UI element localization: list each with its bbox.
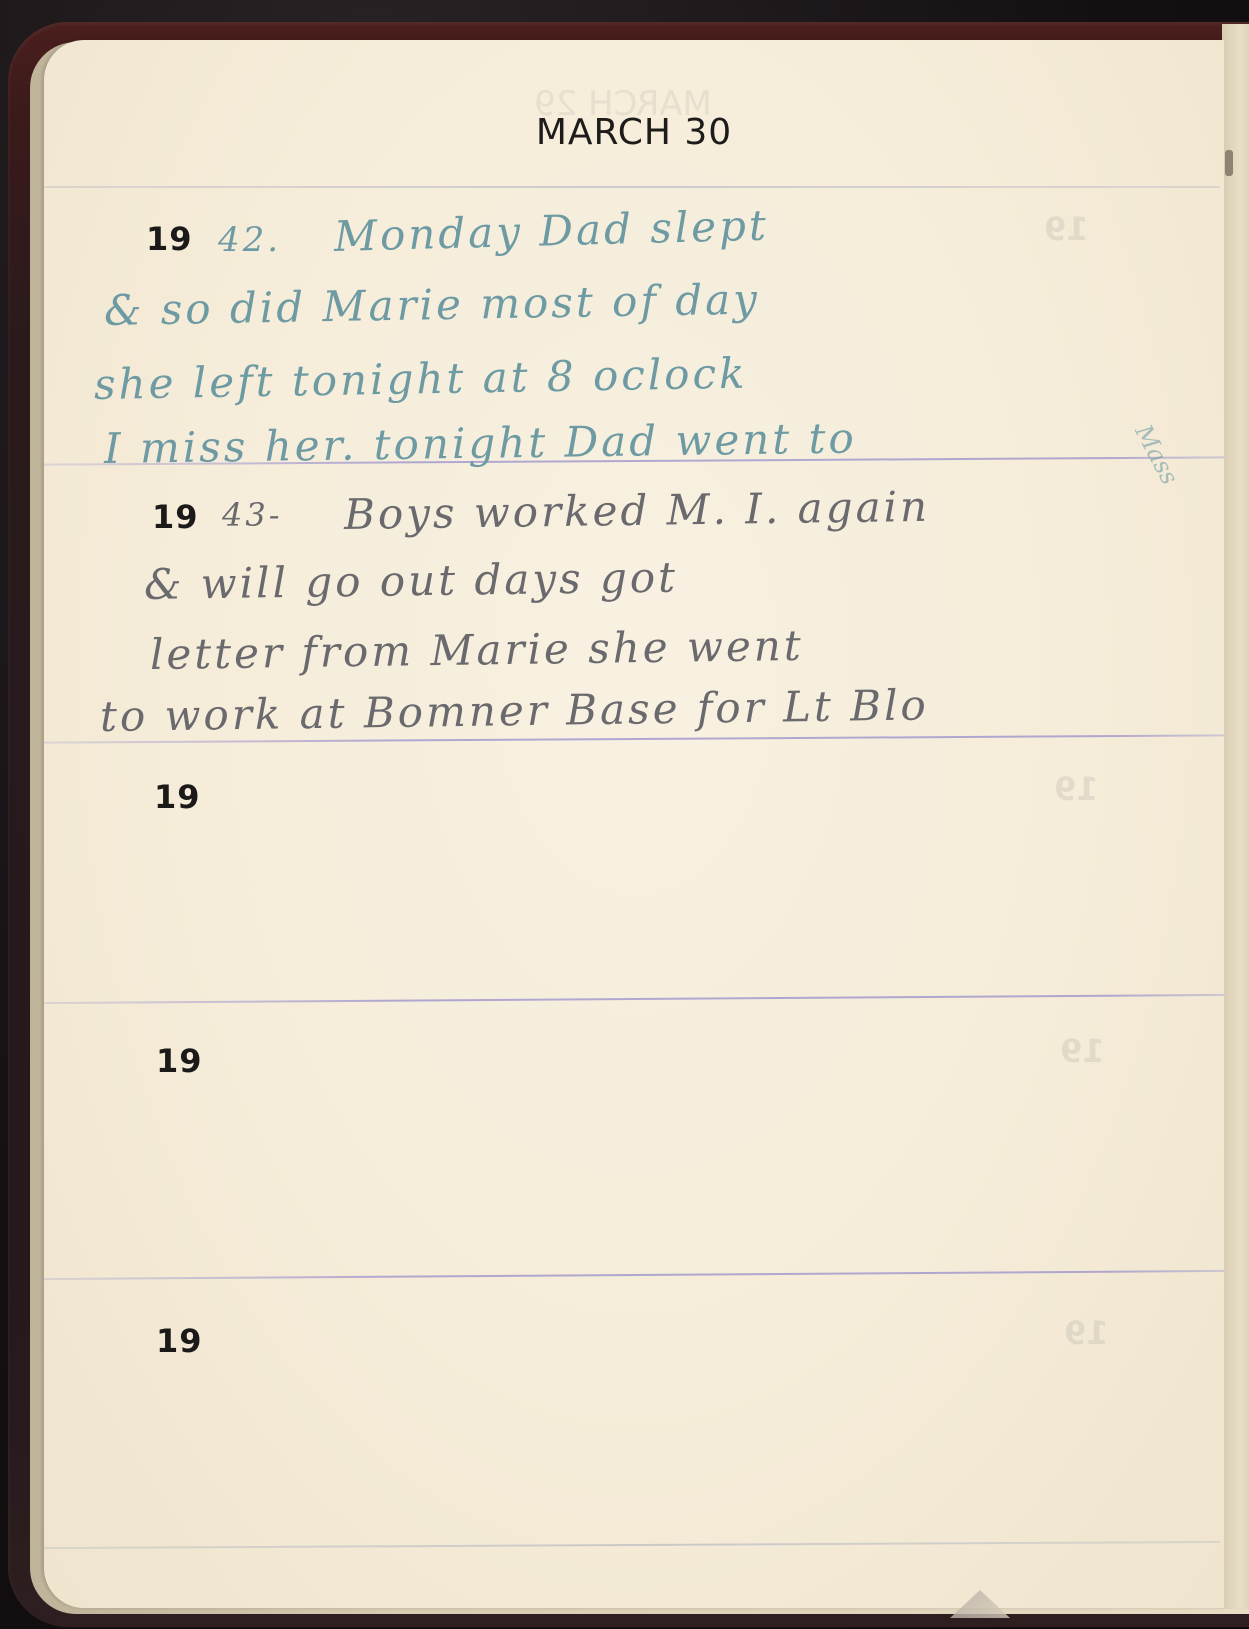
- handwritten-line: Boys worked M. I. again: [344, 482, 931, 539]
- year-suffix: 43-: [222, 496, 283, 534]
- handwritten-line: she left tonight at 8 oclock: [94, 349, 748, 409]
- bleed-through-year: 19: [1064, 1314, 1109, 1352]
- bleed-through-year: 19: [1054, 770, 1099, 808]
- rule-line: [44, 994, 1224, 1004]
- rule-line: [44, 1541, 1220, 1549]
- handwritten-line: & will go out days got: [144, 553, 679, 609]
- handwritten-line: Monday Dad slept: [333, 201, 769, 261]
- handwritten-line: & so did Marie most of day: [104, 275, 761, 335]
- year-label: 19: [146, 220, 193, 258]
- diary-scan: MARCH 29 MARCH 30 19 19 42. Monday Dad s…: [0, 0, 1249, 1629]
- year-label: 19: [154, 778, 201, 816]
- margin-note: Mass: [1129, 420, 1184, 489]
- year-suffix: 42.: [218, 220, 281, 260]
- bleed-through-year: 19: [1060, 1032, 1105, 1070]
- handwritten-line: to work at Bomner Base for Lt Blo: [100, 680, 929, 741]
- year-label: 19: [156, 1322, 203, 1360]
- year-label: 19: [156, 1042, 203, 1080]
- rule-line: [44, 1270, 1224, 1280]
- rule-line: [44, 186, 1220, 188]
- bleed-through-year: 19: [1044, 210, 1089, 248]
- page-title: MARCH 30: [44, 112, 1224, 153]
- next-page-edge: [1222, 24, 1249, 1609]
- diary-page: MARCH 29 MARCH 30 19 19 42. Monday Dad s…: [44, 40, 1224, 1608]
- page-tab: [1225, 150, 1233, 176]
- year-label: 19: [152, 498, 199, 536]
- handwritten-line: I miss her. tonight Dad went to: [104, 413, 857, 473]
- handwritten-line: letter from Marie she went: [150, 621, 804, 679]
